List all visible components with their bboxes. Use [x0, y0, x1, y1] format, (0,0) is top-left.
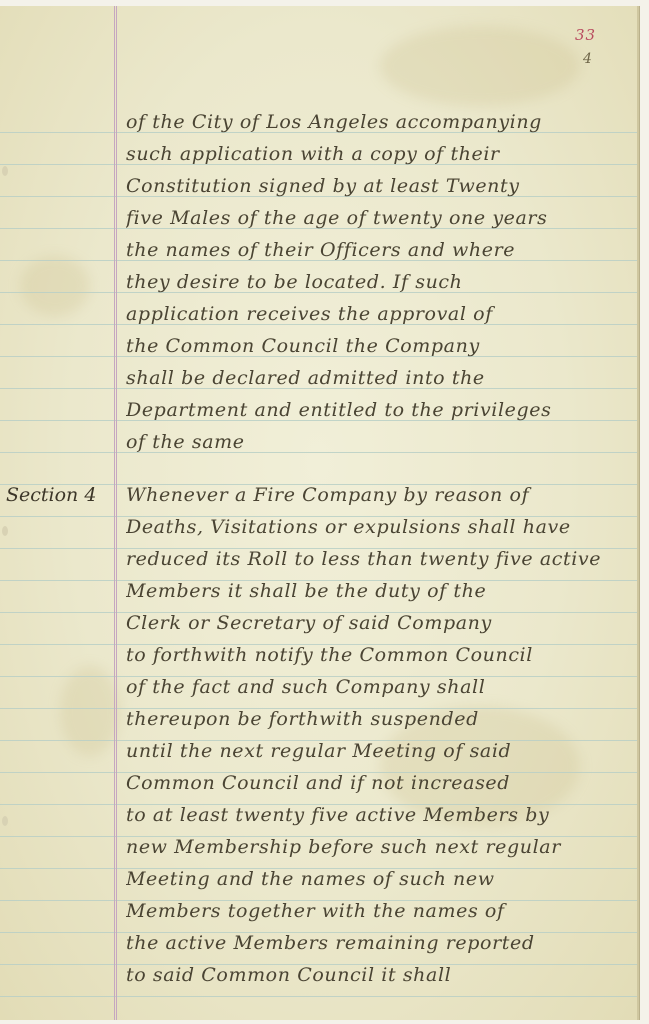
- paper-stain: [20, 256, 90, 316]
- paper-stain: [380, 26, 580, 106]
- text-line: Common Council and if not increased: [126, 768, 636, 798]
- text-line: such application with a copy of their: [126, 139, 636, 169]
- text-line: Meeting and the names of such new: [126, 864, 636, 894]
- text-line: Department and entitled to the privilege…: [126, 395, 636, 425]
- text-line: to said Common Council it shall: [126, 960, 636, 990]
- text-line: of the same: [126, 427, 636, 457]
- paper-stain: [60, 666, 120, 756]
- text-line: Whenever a Fire Company by reason of: [126, 480, 636, 510]
- text-line: to at least twenty five active Members b…: [126, 800, 636, 830]
- text-line: until the next regular Meeting of said: [126, 736, 636, 766]
- text-line: reduced its Roll to less than twenty fiv…: [126, 544, 636, 574]
- manuscript-page: 33 4 Section 4 of the City of Los Angele…: [0, 6, 639, 1020]
- text-line: Members together with the names of: [126, 896, 636, 926]
- text-line: Constitution signed by at least Twenty: [126, 171, 636, 201]
- page-number: 33: [575, 26, 596, 44]
- text-line: of the fact and such Company shall: [126, 672, 636, 702]
- text-line: they desire to be located. If such: [126, 267, 636, 297]
- text-line: to forthwith notify the Common Council: [126, 640, 636, 670]
- punch-hole: [2, 526, 8, 536]
- text-line: Members it shall be the duty of the: [126, 576, 636, 606]
- punch-hole: [2, 816, 8, 826]
- text-line: five Males of the age of twenty one year…: [126, 203, 636, 233]
- text-line: new Membership before such next regular: [126, 832, 636, 862]
- text-line: of the City of Los Angeles accompanying: [126, 107, 636, 137]
- text-line: Deaths, Visitations or expulsions shall …: [126, 512, 636, 542]
- rule-line: [0, 996, 637, 997]
- punch-hole: [2, 166, 8, 176]
- section-label: Section 4: [6, 480, 116, 510]
- text-line: Clerk or Secretary of said Company: [126, 608, 636, 638]
- text-line: thereupon be forthwith suspended: [126, 704, 636, 734]
- text-line: the names of their Officers and where: [126, 235, 636, 265]
- text-line: the active Members remaining reported: [126, 928, 636, 958]
- text-line: the Common Council the Company: [126, 331, 636, 361]
- margin-line: [114, 6, 117, 1020]
- text-line: shall be declared admitted into the: [126, 363, 636, 393]
- page-mark: 4: [583, 51, 592, 67]
- text-line: application receives the approval of: [126, 299, 636, 329]
